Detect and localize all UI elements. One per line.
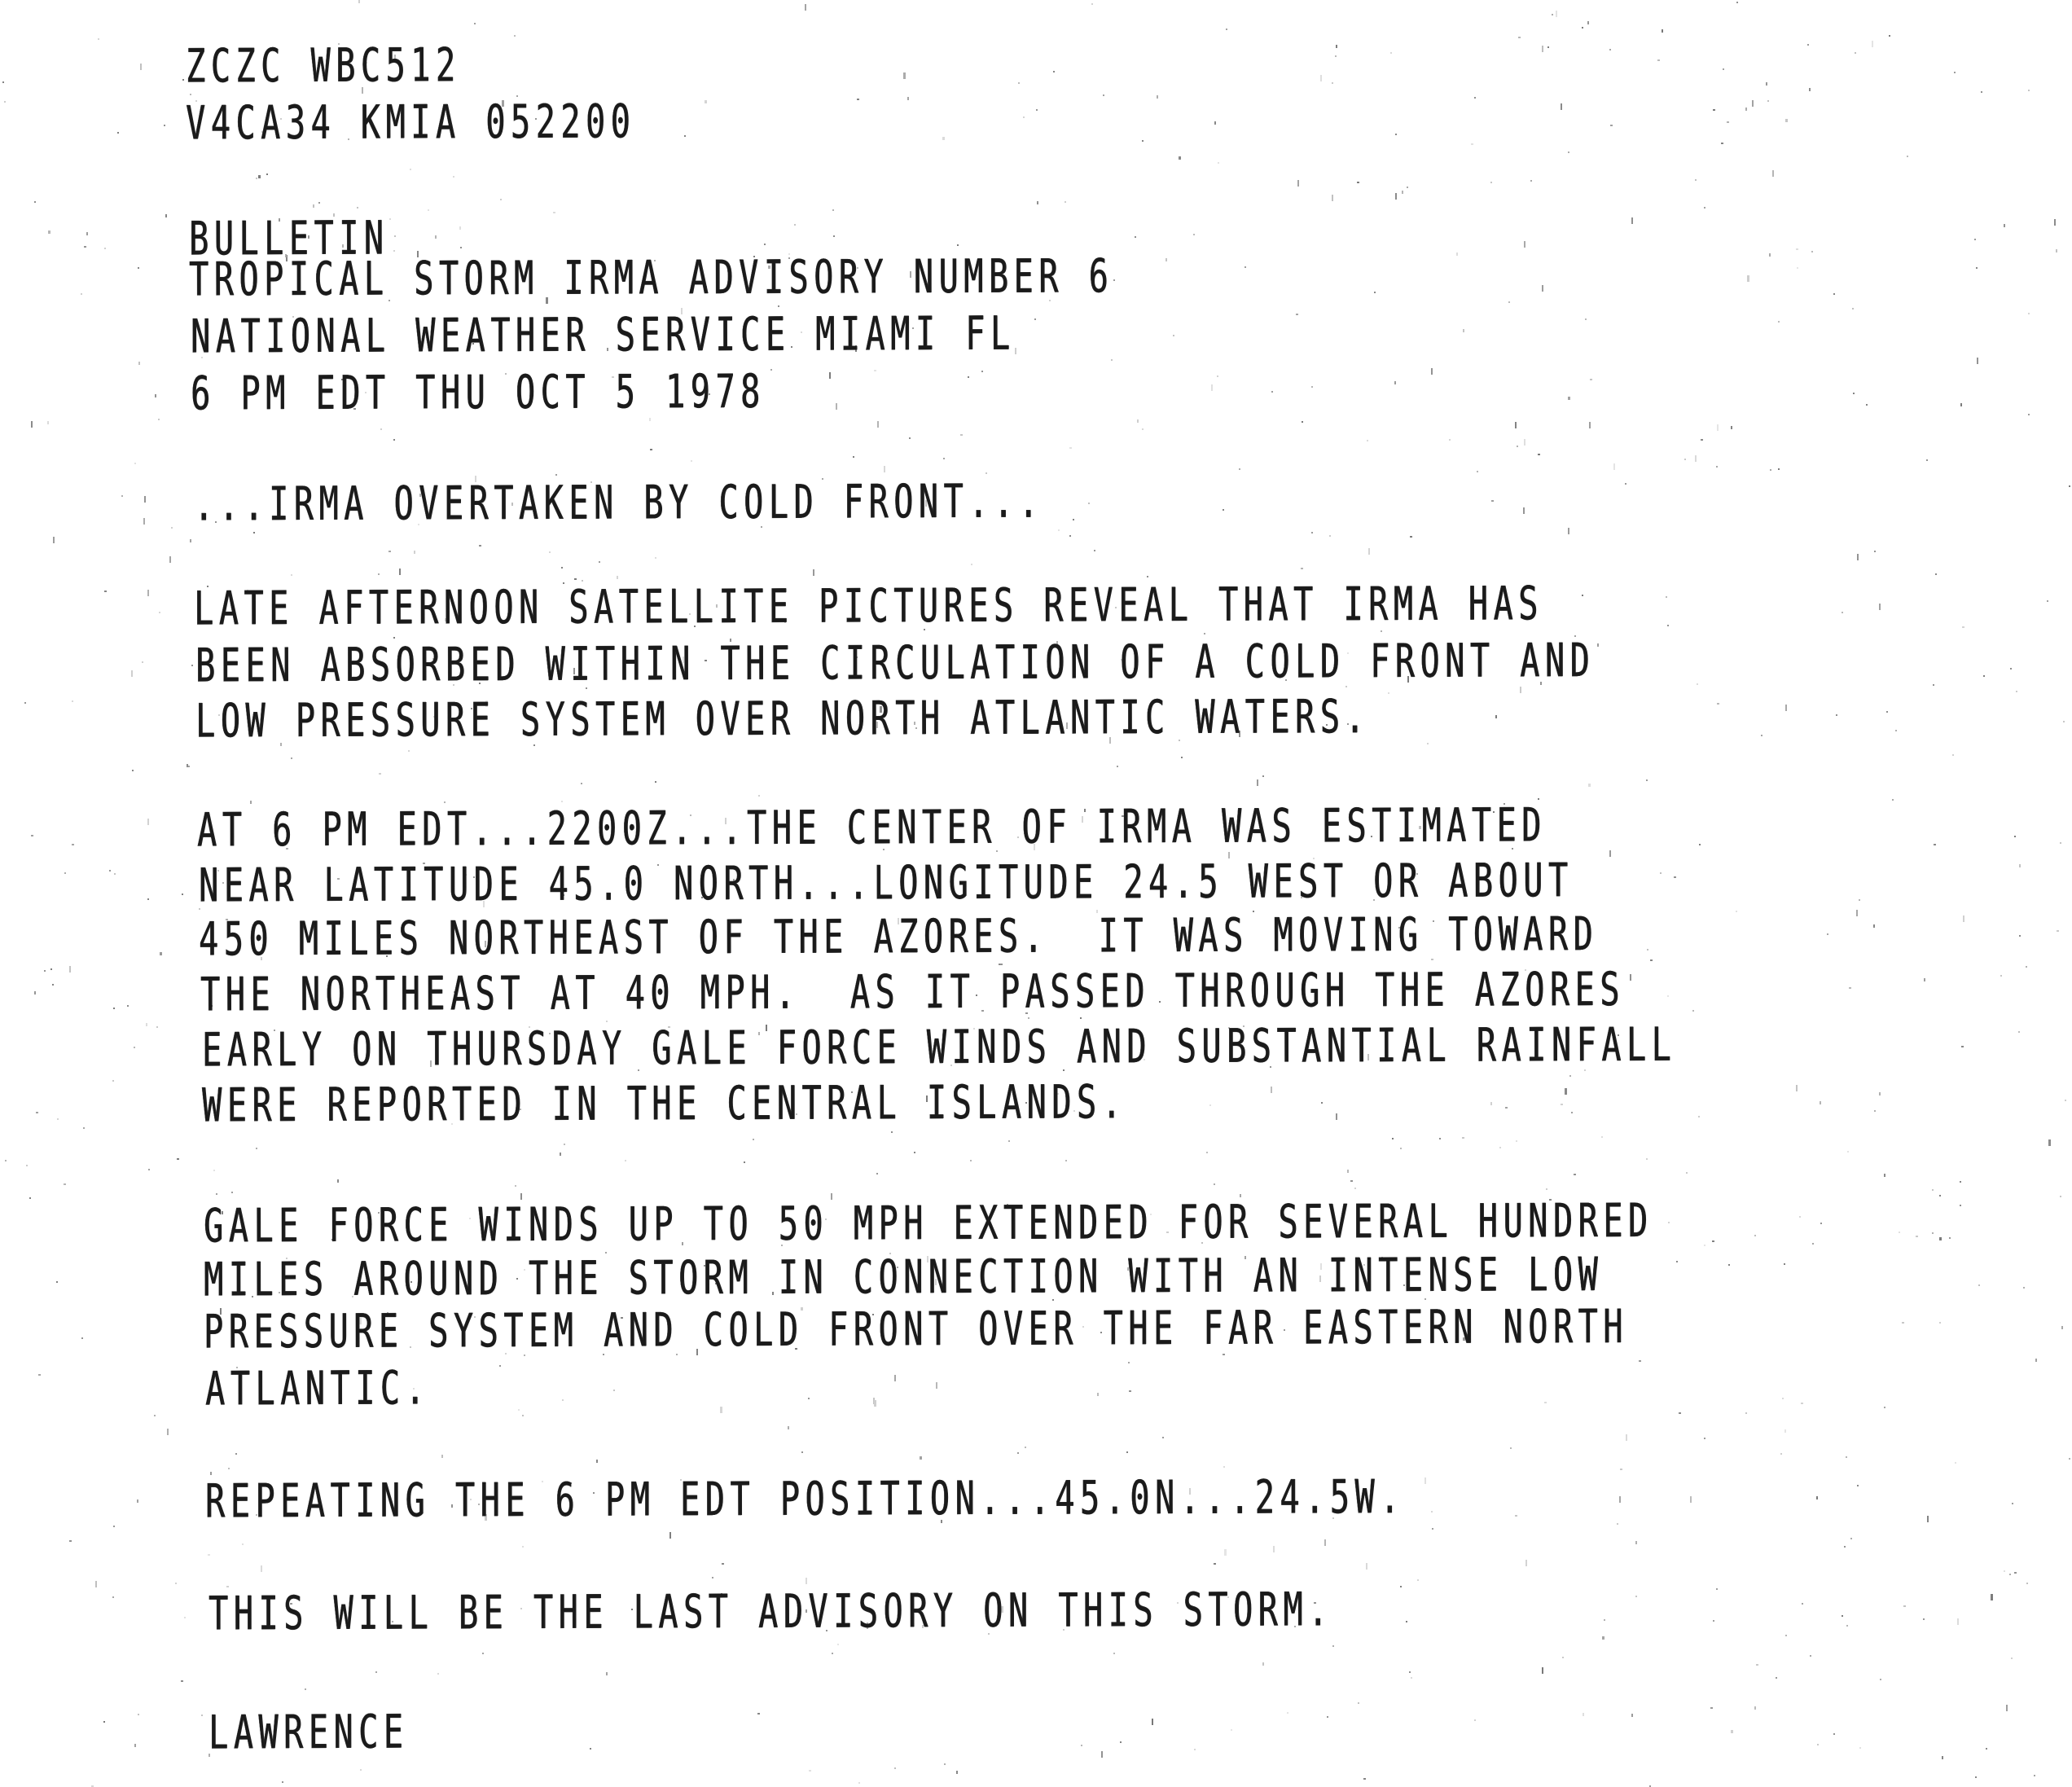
issuer-line: NATIONAL WEATHER SERVICE MIAMI FL: [191, 311, 1016, 361]
paragraph-1-line: LATE AFTERNOON SATELLITE PICTURES REVEAL…: [194, 581, 1543, 632]
position-repeat: REPEATING THE 6 PM EDT POSITION...45.0N.…: [205, 1474, 1405, 1525]
header-line-2: V4CA34 KMIA 052200: [186, 99, 635, 147]
paragraph-2-line: AT 6 PM EDT...2200Z...THE CENTER OF IRMA…: [197, 802, 1547, 854]
last-advisory-notice: THIS WILL BE THE LAST ADVISORY ON THIS S…: [209, 1587, 1333, 1637]
headline: ...IRMA OVERTAKEN BY COLD FRONT...: [194, 479, 1043, 529]
issue-datetime: 6 PM EDT THU OCT 5 1978: [191, 369, 766, 417]
forecaster-signature: LAWRENCE: [209, 1710, 409, 1757]
paragraph-3-line: MILES AROUND THE STORM IN CONNECTION WIT…: [204, 1252, 1603, 1303]
advisory-title: TROPICAL STORM IRMA ADVISORY NUMBER 6: [189, 253, 1113, 303]
paragraph-1-line: LOW PRESSURE SYSTEM OVER NORTH ATLANTIC …: [195, 694, 1370, 744]
paragraph-2-line: EARLY ON THURSDAY GALE FORCE WINDS AND S…: [202, 1022, 1676, 1074]
paragraph-3-line: GALE FORCE WINDS UP TO 50 MPH EXTENDED F…: [204, 1198, 1653, 1249]
paragraph-2-line: 450 MILES NORTHEAST OF THE AZORES. IT WA…: [199, 911, 1598, 963]
paragraph-2-line: NEAR LATITUDE 45.0 NORTH...LONGITUDE 24.…: [199, 858, 1574, 909]
paragraph-2-line: WERE REPORTED IN THE CENTRAL ISLANDS.: [202, 1079, 1126, 1129]
paragraph-3-line: PRESSURE SYSTEM AND COLD FRONT OVER THE …: [204, 1304, 1628, 1355]
paragraph-2-line: THE NORTHEAST AT 40 MPH. AS IT PASSED TH…: [200, 967, 1625, 1018]
paragraph-3-line: ATLANTIC.: [205, 1366, 430, 1413]
bulletin-page: ZCZC WBC512 V4CA34 KMIA 052200 BULLETIN …: [0, 0, 2072, 1787]
paragraph-1-line: BEEN ABSORBED WITHIN THE CIRCULATION OF …: [195, 638, 1595, 689]
header-line-1: ZCZC WBC512: [186, 42, 461, 90]
